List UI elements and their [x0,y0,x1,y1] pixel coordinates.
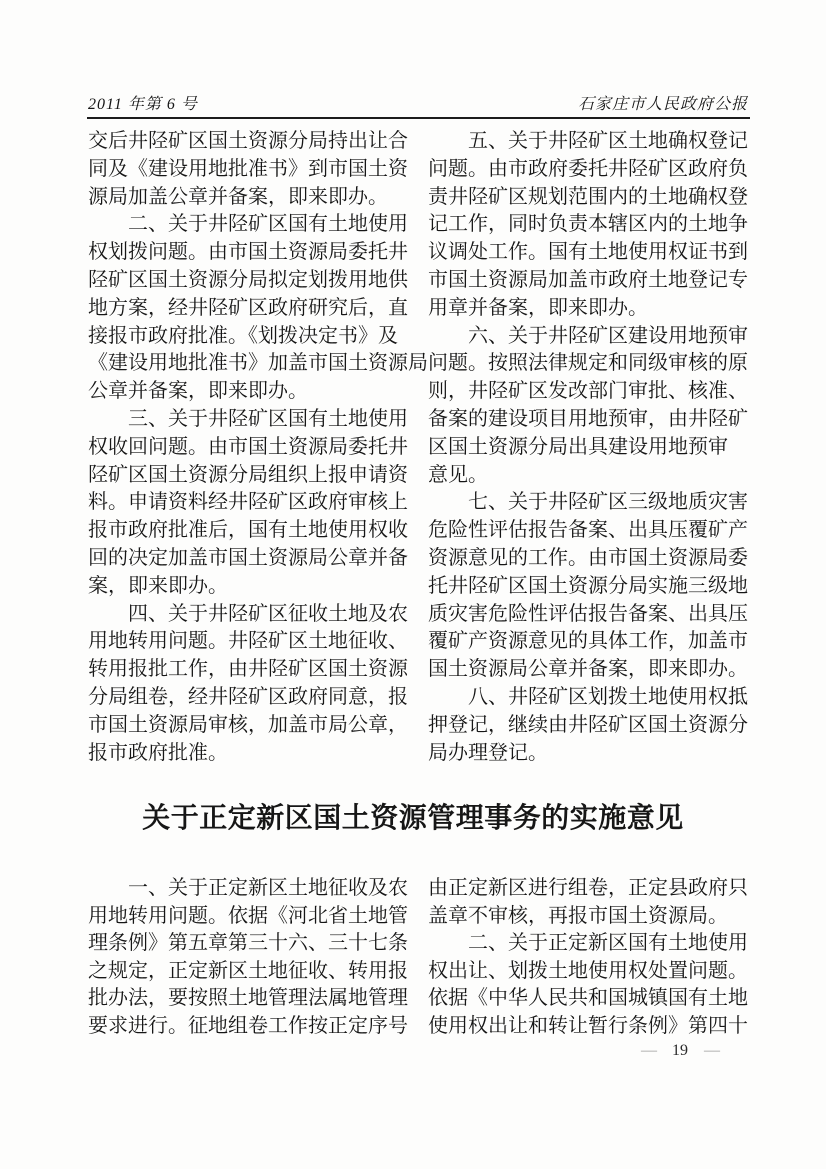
text-line: 案，即来即办。 [88,573,414,601]
text-line: 资源意见的工作。由市国土资源局委 [428,545,754,573]
text-line: 要求进行。征地组卷工作按正定序号 [88,1013,414,1041]
text-line: 权出让、划拨土地使用权处置问题。 [428,958,754,986]
text-line: 分局组卷，经井陉矿区政府同意，报 [88,684,414,712]
text-line: 一、关于正定新区土地征收及农 [88,875,414,903]
text-line: 二、关于井陉矿区国有土地使用 [88,211,414,239]
text-line: 四、关于井陉矿区征收土地及农 [88,601,414,629]
text-line: 报市政府批准。 [88,740,414,768]
text-line: 市国土资源局加盖市政府土地登记专 [428,267,754,295]
text-line: 转用报批工作，由井陉矿区国土资源 [88,656,414,684]
text-line: 料。申请资料经井陉矿区政府审核上 [88,489,414,517]
text-line: 七、关于井陉矿区三级地质灾害 [428,489,754,517]
article1-left-column: 交后井陉矿区国土资源分局持出让合同及《建设用地批准书》到市国土资源局加盖公章并备… [88,128,414,767]
header-rule [87,117,750,119]
text-line: 局办理登记。 [428,740,754,768]
text-line: 权收回问题。由市国土资源局委托井 [88,434,414,462]
page-number: 19 [672,1042,688,1060]
text-line: 记工作，同时负责本辖区内的土地争 [428,211,754,239]
text-line: 批办法，要按照土地管理法属地管理 [88,985,414,1013]
text-line: 地方案，经井陉矿区政府研究后，直 [88,295,414,323]
text-line: 盖章不审核，再报市国土资源局。 [428,903,754,931]
text-line: 依据《中华人民共和国城镇国有土地 [428,985,754,1013]
text-line: 覆矿产资源意见的具体工作，加盖市 [428,628,754,656]
footer-right-dash: — [704,1042,719,1060]
text-line: 质灾害危险性评估报告备案、出具压 [428,601,754,629]
footer-left-dash: — [641,1042,656,1060]
article2-right-column: 由正定新区进行组卷，正定县政府只盖章不审核，再报市国土资源局。 二、关于正定新区… [428,875,754,1041]
text-line: 权划拨问题。由市国土资源局委托井 [88,239,414,267]
text-line: 之规定，正定新区土地征收、转用报 [88,958,414,986]
text-line: 交后井陉矿区国土资源分局持出让合 [88,128,414,156]
text-line: 回的决定加盖市国土资源局公章并备 [88,545,414,573]
article1-right-column: 五、关于井陉矿区土地确权登记问题。由市政府委托井陉矿区政府负责井陉矿区规划范围内… [428,128,754,767]
text-line: 陉矿区国土资源分局组织上报申请资 [88,462,414,490]
text-line: 使用权出让和转让暂行条例》第四十 [428,1013,754,1041]
text-line: 议调处工作。国有土地使用权证书到 [428,239,754,267]
text-line: 二、关于正定新区国有土地使用 [428,930,754,958]
text-line: 责井陉矿区规划范围内的土地确权登 [428,184,754,212]
text-line: 意见。 [428,462,754,490]
header-issue-label: 2011 年第 6 号 [88,91,198,114]
text-line: 用章并备案，即来即办。 [428,295,754,323]
text-line: 五、关于井陉矿区土地确权登记 [428,128,754,156]
text-line: 三、关于井陉矿区国有土地使用 [88,406,414,434]
text-line: 源局加盖公章并备案，即来即办。 [88,184,414,212]
text-line: 托井陉矿区国土资源分局实施三级地 [428,573,754,601]
text-line: 由正定新区进行组卷，正定县政府只 [428,875,754,903]
text-line: 市国土资源局审核，加盖市局公章， [88,712,414,740]
text-line: 问题。由市政府委托井陉矿区政府负 [428,156,754,184]
text-line: 则，井陉矿区发改部门审批、核准、 [428,378,754,406]
text-line: 危险性评估报告备案、出具压覆矿产 [428,517,754,545]
header-publication-title: 石家庄市人民政府公报 [578,91,748,114]
text-line: 用地转用问题。依据《河北省土地管 [88,903,414,931]
text-line: 国土资源局公章并备案，即来即办。 [428,656,754,684]
text-line: 公章并备案，即来即办。 [88,378,414,406]
text-line: 备案的建设项目用地预审，由井陉矿 [428,406,754,434]
text-line: 问题。按照法律规定和同级审核的原 [428,350,754,378]
text-line: 六、关于井陉矿区建设用地预审 [428,323,754,351]
page-footer: — 19 — [641,1042,719,1060]
article2-title: 关于正定新区国土资源管理事务的实施意见 [0,797,826,841]
text-line: 八、井陉矿区划拨土地使用权抵 [428,684,754,712]
text-line: 陉矿区国土资源分局拟定划拨用地供 [88,267,414,295]
page-header: 2011 年第 6 号 石家庄市人民政府公报 [88,91,748,114]
text-line: 押登记，继续由井陉矿区国土资源分 [428,712,754,740]
article2-left-column: 一、关于正定新区土地征收及农用地转用问题。依据《河北省土地管理条例》第五章第三十… [88,875,414,1041]
text-line: 接报市政府批准。《划拨决定书》及 [88,323,414,351]
text-line: 理条例》第五章第三十六、三十七条 [88,930,414,958]
gazette-page: 2011 年第 6 号 石家庄市人民政府公报 交后井陉矿区国土资源分局持出让合同… [0,0,826,1169]
text-line: 报市政府批准后，国有土地使用权收 [88,517,414,545]
text-line: 《建设用地批准书》加盖市国土资源局 [88,350,414,378]
text-line: 区国土资源分局出具建设用地预审 [428,434,754,462]
text-line: 同及《建设用地批准书》到市国土资 [88,156,414,184]
text-line: 用地转用问题。井陉矿区土地征收、 [88,628,414,656]
